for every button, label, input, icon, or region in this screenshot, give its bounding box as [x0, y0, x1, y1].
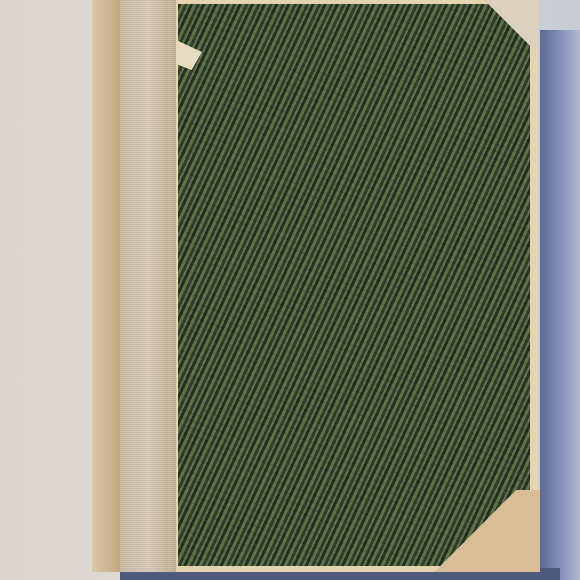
book-spine-cloth [120, 0, 176, 572]
book [80, 0, 540, 572]
book-shadow-right [540, 30, 580, 580]
marbled-cover [178, 4, 530, 566]
corner-top-right [480, 0, 538, 50]
corner-leather-bottom-right [410, 490, 540, 572]
